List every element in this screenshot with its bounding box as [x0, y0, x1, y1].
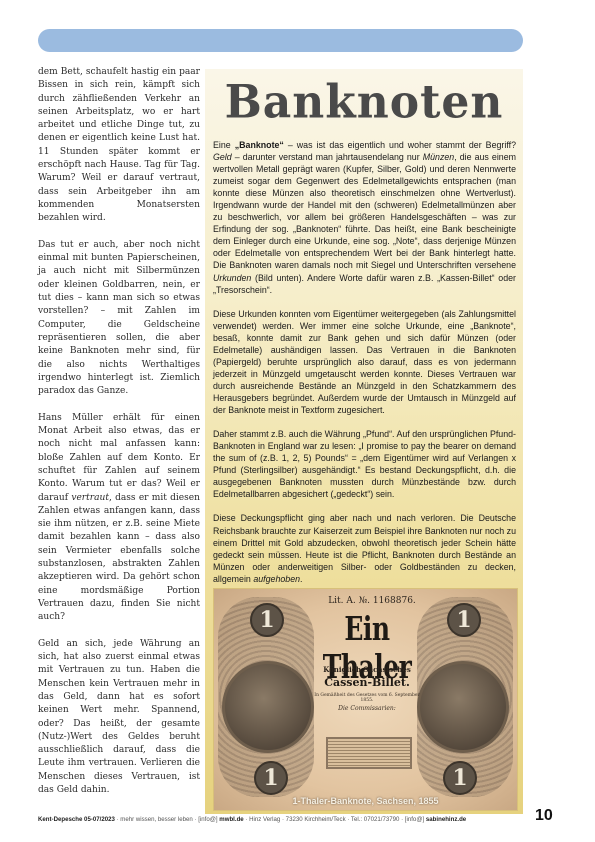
banknote-serial: Lit. A. №. 1168876.: [312, 596, 432, 606]
banknote-denomination: Ein Thaler: [302, 610, 432, 685]
page-number: 10: [535, 807, 553, 825]
banknote-issuer-line1: Königlich Sächsisches: [309, 665, 425, 674]
corner-numeral-bottom-right: 1: [443, 761, 477, 795]
sidebar-title: Banknoten: [205, 76, 523, 131]
sidebar-body: Eine „Banknote“ – was ist das eigentlich…: [213, 139, 516, 597]
paragraph-2: Das tut er auch, aber noch nicht einmal …: [38, 239, 200, 399]
paragraph-4: Geld an sich, jede Währung an sich, hat …: [38, 638, 200, 798]
corner-numeral-bottom-left: 1: [254, 761, 288, 795]
paragraph-3: Hans Müller erhält für einen Monat Arbei…: [38, 412, 200, 625]
banknote-commission: Die Commissarien:: [309, 705, 425, 712]
publication-name: Kent-Depesche 05-07/2023: [38, 816, 115, 823]
banknote-issuer-line2: Cassen-Billet.: [309, 676, 425, 689]
sidebar-paragraph-1: Eine „Banknote“ – was ist das eigentlich…: [213, 139, 516, 296]
banknote-image: 1 1 1 1 Lit. A. №. 1168876. Ein Thaler K…: [213, 588, 518, 811]
banknote-law-line: In Gemäßheit des Gesetzes vom 6. Septemb…: [309, 693, 425, 703]
banknote-text-box: [326, 737, 412, 769]
article-left-column: dem Bett, schaufelt hastig ein paar Biss…: [38, 66, 200, 811]
image-caption: 1-Thaler-Banknote, Sachsen, 1855: [214, 796, 517, 806]
portrait-coin-icon: [222, 661, 314, 753]
sidebar-paragraph-3: Daher stammt z.B. auch die Währung „Pfun…: [213, 428, 516, 500]
website-link-sabinehinz[interactable]: sabinehinz.de: [426, 816, 466, 823]
corner-numeral-top-right: 1: [447, 603, 481, 637]
emphasis-vertraut: vertraut: [71, 493, 109, 503]
paragraph-1: dem Bett, schaufelt hastig ein paar Biss…: [38, 66, 200, 226]
sidebar-paragraph-4: Diese Deckungspflicht ging aber nach und…: [213, 512, 516, 584]
banknoten-sidebar-box: Banknoten Eine „Banknote“ – was ist das …: [205, 69, 523, 814]
sidebar-paragraph-2: Diese Urkunden konnten vom Eigentümer we…: [213, 308, 516, 416]
page-footer: Kent-Depesche 05-07/2023 · mehr wissen, …: [38, 816, 508, 823]
website-link-mwbl[interactable]: mwbl.de: [219, 816, 243, 823]
corner-numeral-top-left: 1: [250, 603, 284, 637]
header-bar: [38, 29, 523, 52]
